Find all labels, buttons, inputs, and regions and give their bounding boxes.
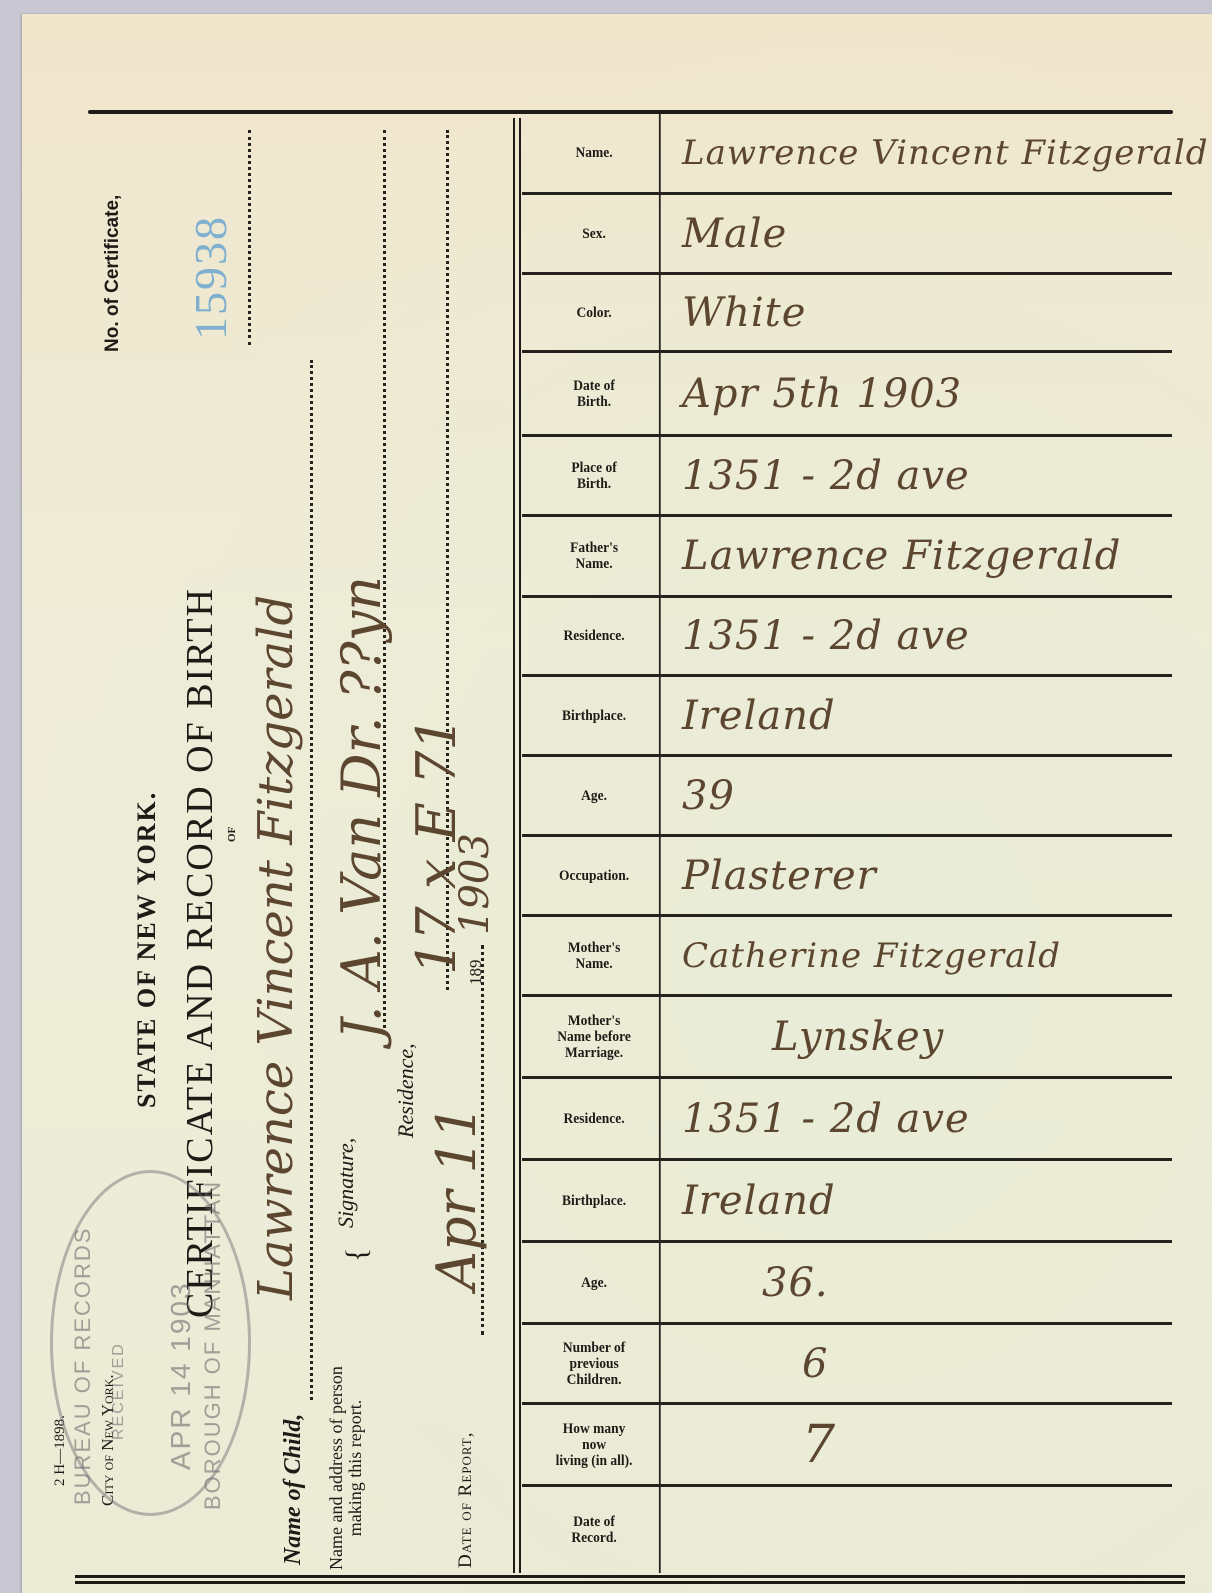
field-value-date-of-birth: Apr 5th 1903 bbox=[672, 353, 1172, 434]
field-value-mother-birthplace: Ireland bbox=[672, 1161, 1172, 1240]
table-row-occupation: Occupation. Plasterer bbox=[522, 837, 1172, 917]
table-row-father-age: Age. 39 bbox=[522, 757, 1172, 837]
field-label: Father's Name. bbox=[529, 517, 660, 595]
residence-label: Residence, bbox=[393, 1043, 419, 1138]
field-label: Age. bbox=[529, 757, 660, 834]
date-of-report-year: 1903 bbox=[452, 833, 498, 935]
name-of-child-label: Name of Child, bbox=[280, 1414, 307, 1565]
field-label: Sex. bbox=[529, 195, 660, 272]
bottom-rule-2 bbox=[75, 1581, 1185, 1584]
field-value-date-of-record bbox=[672, 1487, 1172, 1573]
state-title: STATE OF NEW YORK. bbox=[132, 791, 162, 1108]
table-row-mother-birthplace: Birthplace. Ireland bbox=[522, 1161, 1172, 1243]
field-label: Mother's Name. bbox=[529, 917, 660, 994]
field-label: Residence. bbox=[529, 1079, 660, 1158]
reporter-label: Name and address of person making this r… bbox=[327, 1366, 365, 1570]
table-row-father-name: Father's Name. Lawrence Fitzgerald bbox=[522, 517, 1172, 598]
signature-value: J. A. Van Dr. ??yn bbox=[330, 576, 393, 1040]
dotted-line bbox=[248, 130, 251, 345]
table-row-father-residence: Residence. 1351 - 2d ave bbox=[522, 598, 1172, 677]
stamp-borough: BOROUGH OF MANHATTAN bbox=[200, 1180, 226, 1510]
field-value-father-birthplace: Ireland bbox=[672, 677, 1172, 754]
field-label: Birthplace. bbox=[529, 1161, 660, 1240]
table-row-color: Color. White bbox=[522, 275, 1172, 353]
signature-label: Signature, bbox=[333, 1138, 359, 1228]
reporter-label-line1: Name and address of person bbox=[327, 1366, 346, 1570]
field-value-name: Lawrence Vincent Fitzgerald bbox=[672, 114, 1172, 192]
date-of-report-printed-year: 189 bbox=[466, 960, 486, 986]
field-label: Color. bbox=[529, 275, 660, 350]
of-label: OF bbox=[226, 827, 238, 842]
field-label: Mother's Name before Marriage. bbox=[529, 997, 660, 1076]
field-value-mother-name: Catherine Fitzgerald bbox=[672, 917, 1172, 994]
table-row-mother-residence: Residence. 1351 - 2d ave bbox=[522, 1079, 1172, 1161]
table-row-date-of-record: Date of Record. bbox=[522, 1487, 1172, 1573]
field-label: Occupation. bbox=[529, 837, 660, 914]
field-label: Date of Record. bbox=[529, 1487, 660, 1573]
table-row-now-living: How many now living (in all). 7 bbox=[522, 1405, 1172, 1487]
stamp-received: RECEIVED bbox=[110, 1342, 128, 1440]
bottom-rule bbox=[75, 1575, 1185, 1578]
date-of-report-label: Date of Report, bbox=[455, 1432, 477, 1568]
table-row-father-birthplace: Birthplace. Ireland bbox=[522, 677, 1172, 757]
date-of-report-value: Apr 11 bbox=[425, 1105, 488, 1290]
field-value-mother-residence: 1351 - 2d ave bbox=[672, 1079, 1172, 1158]
field-value-previous-children: 6 bbox=[672, 1325, 1172, 1402]
divider-rule-2 bbox=[519, 118, 521, 1573]
field-value-color: White bbox=[672, 275, 1172, 350]
certificate-number: 15938 bbox=[184, 215, 237, 340]
certificate-number-label: No. of Certificate, bbox=[102, 195, 124, 352]
field-label: Birthplace. bbox=[529, 677, 660, 754]
field-label: Number of previous Children. bbox=[529, 1325, 660, 1402]
field-value-father-name: Lawrence Fitzgerald bbox=[672, 517, 1172, 595]
field-value-sex: Male bbox=[672, 195, 1172, 272]
field-label: Name. bbox=[529, 114, 660, 192]
field-value-now-living: 7 bbox=[672, 1405, 1172, 1484]
table-row-previous-children: Number of previous Children. 6 bbox=[522, 1325, 1172, 1405]
table-row-date-of-birth: Date of Birth. Apr 5th 1903 bbox=[522, 353, 1172, 437]
dotted-line bbox=[310, 360, 313, 1400]
stamp-bureau: BUREAU OF RECORDS bbox=[70, 1227, 96, 1505]
field-label: Residence. bbox=[529, 598, 660, 674]
field-value-father-residence: 1351 - 2d ave bbox=[672, 598, 1172, 674]
table-row-mother-name: Mother's Name. Catherine Fitzgerald bbox=[522, 917, 1172, 997]
field-value-occupation: Plasterer bbox=[672, 837, 1172, 914]
table-row-sex: Sex. Male bbox=[522, 195, 1172, 275]
stamp-date: APR 14 1903 bbox=[165, 1281, 197, 1470]
field-value-mother-age: 36. bbox=[672, 1243, 1172, 1322]
table-row-place-of-birth: Place of Birth. 1351 - 2d ave bbox=[522, 437, 1172, 517]
field-value-place-of-birth: 1351 - 2d ave bbox=[672, 437, 1172, 514]
field-label: Age. bbox=[529, 1243, 660, 1322]
field-label: Place of Birth. bbox=[529, 437, 660, 514]
name-of-child-value: Lawrence Vincent Fitzgerald bbox=[248, 595, 304, 1300]
field-label: Date of Birth. bbox=[529, 353, 660, 434]
divider-rule bbox=[513, 118, 515, 1573]
field-value-father-age: 39 bbox=[672, 757, 1172, 834]
table-row-mother-maiden-name: Mother's Name before Marriage. Lynskey bbox=[522, 997, 1172, 1079]
field-label: How many now living (in all). bbox=[529, 1405, 660, 1484]
reporter-label-line2: making this report. bbox=[346, 1366, 365, 1570]
field-value-mother-maiden-name: Lynskey bbox=[672, 997, 1172, 1076]
brace: { bbox=[340, 1248, 374, 1262]
table-row-mother-age: Age. 36. bbox=[522, 1243, 1172, 1325]
table-row-name: Name. Lawrence Vincent Fitzgerald bbox=[522, 114, 1172, 195]
